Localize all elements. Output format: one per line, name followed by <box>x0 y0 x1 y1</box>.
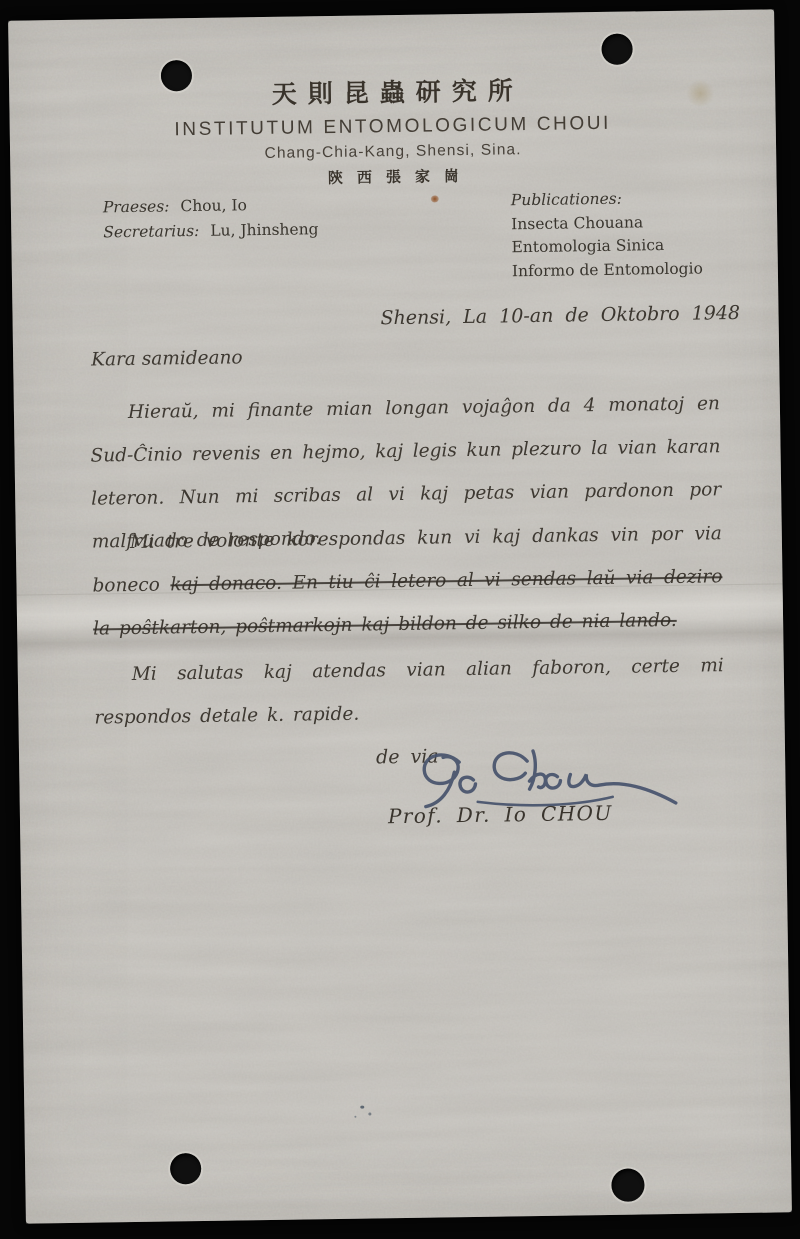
typed-signature-name: Prof. Dr. Io CHOU <box>388 801 613 828</box>
secretarius-label: Secretarius: <box>103 222 199 241</box>
publications-block: Publicationes: Insecta Chouana Entomolog… <box>511 186 703 283</box>
praeses-value: Chou, Io <box>180 196 247 215</box>
body-paragraph-2: Mi tre volonte korespondas kun vi kaj da… <box>92 512 724 650</box>
ink-speck <box>354 1116 356 1118</box>
publication-item: Insecta Chouana <box>511 210 702 236</box>
struck-text: kaj donaco. En tiu ĉi letero al vi senda… <box>93 566 723 639</box>
punch-hole-bottom-left <box>170 1153 201 1184</box>
scan-background: 天則昆蟲研究所 INSTITUTUM ENTOMOLOGICUM CHOUI C… <box>0 0 800 1239</box>
praeses-row: Praeses: Chou, Io <box>103 192 319 220</box>
officers-block: Praeses: Chou, Io Secretarius: Lu, Jhins… <box>103 192 319 245</box>
punch-hole-top-right <box>601 33 632 64</box>
salutation: Kara samideano <box>91 347 243 370</box>
ink-speck <box>360 1106 364 1109</box>
dateline: Shensi, La 10-an de Oktobro 1948 <box>380 302 740 329</box>
publications-label: Publicationes: <box>511 187 696 213</box>
rust-stain <box>431 195 439 202</box>
body-text: Mi salutas kaj atendas vian alian faboro… <box>94 655 724 728</box>
secretarius-value: Lu, Jhinsheng <box>210 220 319 240</box>
secretarius-row: Secretarius: Lu, Jhinsheng <box>103 217 319 245</box>
letter-page: 天則昆蟲研究所 INSTITUTUM ENTOMOLOGICUM CHOUI C… <box>8 9 792 1223</box>
ink-speck <box>368 1112 371 1115</box>
punch-hole-bottom-right <box>611 1168 644 1201</box>
praeses-label: Praeses: <box>103 197 170 216</box>
letterhead-chinese-title: 天則昆蟲研究所 <box>9 67 775 114</box>
publication-item: Informo de Entomologio <box>512 257 703 283</box>
letterhead: 天則昆蟲研究所 INSTITUTUM ENTOMOLOGICUM CHOUI C… <box>9 67 777 192</box>
body-paragraph-3: Mi salutas kaj atendas vian alian faboro… <box>94 644 725 739</box>
publication-item: Entomologia Sinica <box>511 233 702 259</box>
